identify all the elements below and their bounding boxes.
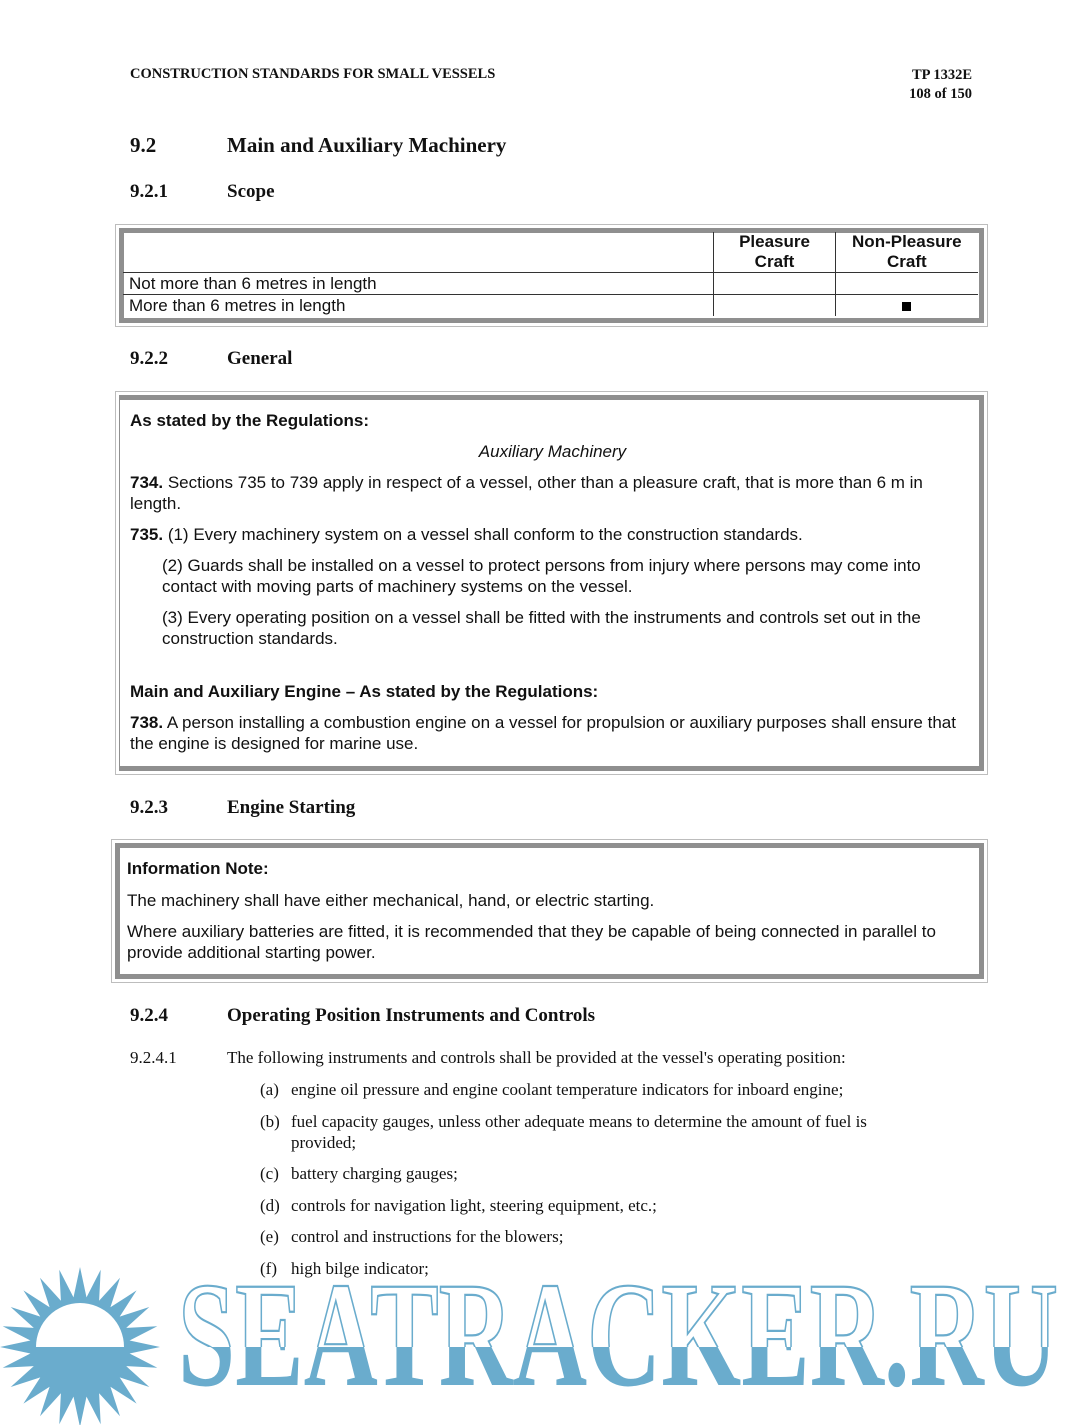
regulation-735-1: 735. (1) Every machinery system on a ves… [130, 524, 975, 545]
engine-starting-heading: 9.2.3Engine Starting [130, 797, 355, 819]
operating-position-heading: 9.2.4Operating Position Instruments and … [130, 1005, 595, 1027]
page-number: 108 of 150 [909, 85, 972, 104]
scope-table: PleasureCraft Non-PleasureCraft Not more… [123, 232, 978, 316]
regulation-738: 738. A person installing a combustion en… [130, 712, 975, 754]
document-id-and-page: TP 1332E 108 of 150 [909, 66, 972, 104]
regulation-735-2: (2) Guards shall be installed on a vesse… [130, 555, 975, 597]
regulation-734: 734. Sections 735 to 739 apply in respec… [130, 472, 975, 514]
sun-horizon-icon: SEATRACKER.RU SEATRACKER.RU [0, 1265, 1080, 1425]
document-title: CONSTRUCTION STANDARDS FOR SMALL VESSELS [130, 66, 495, 83]
row-pleasure-cell [714, 295, 835, 317]
row-pleasure-cell [714, 273, 835, 295]
table-row: Not more than 6 metres in length [123, 273, 978, 295]
row-non-pleasure-cell [835, 273, 978, 295]
header-cell-blank [123, 232, 714, 273]
scope-number: 9.2.1 [130, 181, 227, 203]
clause-text: The following instruments and controls s… [227, 1048, 846, 1068]
engine-starting-number: 9.2.3 [130, 797, 227, 819]
regulations-heading: As stated by the Regulations: [130, 410, 975, 431]
row-non-pleasure-cell [835, 295, 978, 317]
general-number: 9.2.2 [130, 348, 227, 370]
operating-position-number: 9.2.4 [130, 1005, 227, 1027]
watermark: SEATRACKER.RU SEATRACKER.RU [0, 1265, 1080, 1425]
section-heading: 9.2Main and Auxiliary Machinery [130, 133, 506, 158]
header-cell-non-pleasure: Non-PleasureCraft [835, 232, 978, 273]
information-note-heading: Information Note: [127, 858, 977, 879]
scope-title: Scope [227, 181, 275, 202]
regulations-content: As stated by the Regulations: Auxiliary … [130, 410, 975, 754]
engine-starting-title: Engine Starting [227, 797, 355, 818]
scope-heading: 9.2.1Scope [130, 181, 275, 203]
document-id: TP 1332E [909, 66, 972, 85]
section-number: 9.2 [130, 133, 227, 158]
information-note-p1: The machinery shall have either mechanic… [127, 890, 977, 911]
table-row: More than 6 metres in length [123, 295, 978, 317]
header-cell-pleasure: PleasureCraft [714, 232, 835, 273]
row-label: Not more than 6 metres in length [123, 273, 714, 295]
general-heading: 9.2.2General [130, 348, 292, 370]
information-note-content: Information Note: The machinery shall ha… [127, 858, 977, 963]
information-note-p2: Where auxiliary batteries are fitted, it… [127, 921, 977, 963]
scope-table-header: PleasureCraft Non-PleasureCraft [123, 232, 978, 273]
engine-regulations-heading: Main and Auxiliary Engine – As stated by… [130, 681, 975, 702]
general-title: General [227, 348, 292, 369]
section-title: Main and Auxiliary Machinery [227, 133, 506, 157]
applies-mark-icon [902, 302, 911, 311]
regulation-735-3: (3) Every operating position on a vessel… [130, 607, 975, 649]
clause-number: 9.2.4.1 [130, 1048, 177, 1068]
row-label: More than 6 metres in length [123, 295, 714, 317]
regulations-subtitle: Auxiliary Machinery [130, 441, 975, 462]
operating-position-title: Operating Position Instruments and Contr… [227, 1005, 595, 1026]
